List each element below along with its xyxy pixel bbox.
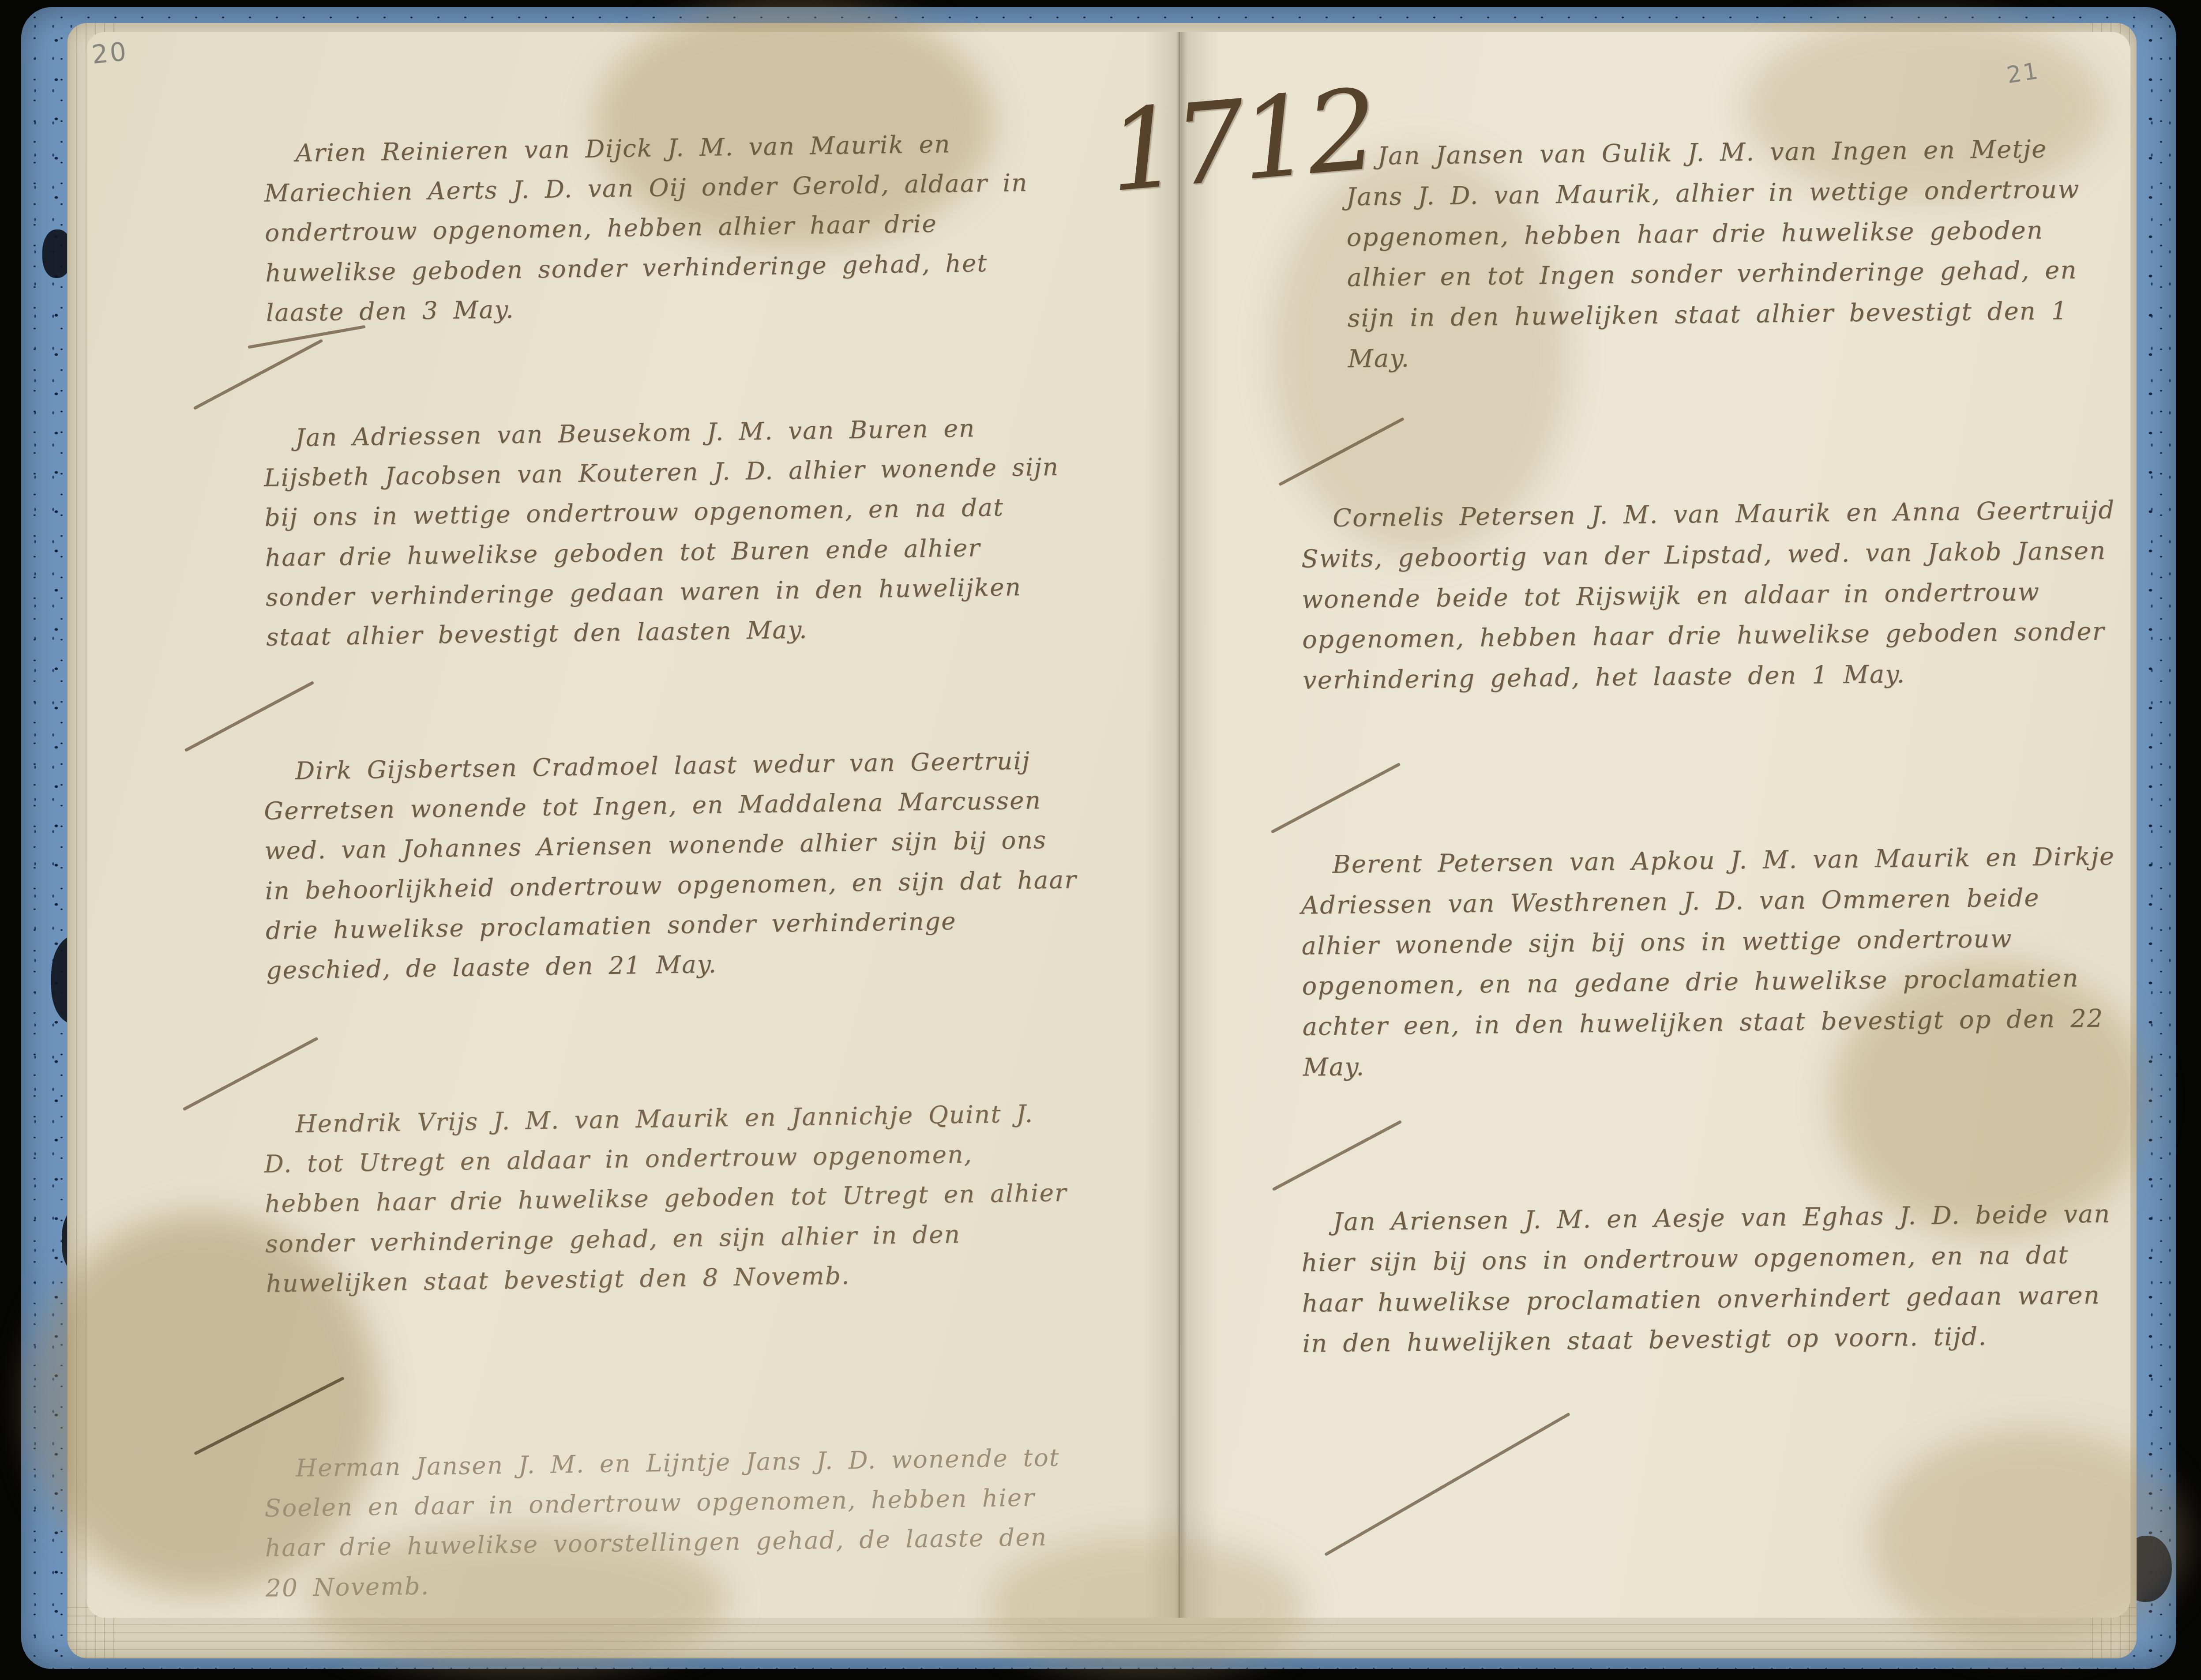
marriage-entry: Jan Jansen van Gulik J. M. van Ingen en … xyxy=(1345,128,2121,380)
marriage-entry: Hendrik Vrijs J. M. van Maurik en Jannic… xyxy=(263,1093,1078,1304)
year-heading: 1712 xyxy=(1104,76,1360,208)
gutter-fold-line xyxy=(1179,32,1180,1618)
marriage-entry: Cornelis Petersen J. M. van Maurik en An… xyxy=(1301,490,2124,701)
folio-number-left: 20 xyxy=(90,36,129,70)
marriage-entry: Jan Adriessen van Beusekom J. M. van Bur… xyxy=(263,407,1078,657)
marriage-entry: Herman Jansen J. M. en Lijntje Jans J. D… xyxy=(264,1437,1078,1608)
marriage-entry: Arien Reinieren van Dijck J. M. van Maur… xyxy=(263,122,1078,333)
manuscript-photo: 20 21 Arien Reinieren van Dijck J. M. va… xyxy=(0,0,2201,1680)
marriage-entry: Berent Petersen van Apkou J. M. van Maur… xyxy=(1300,836,2124,1088)
stain xyxy=(1871,1430,2189,1650)
marriage-entry: Jan Ariensen J. M. en Aesje van Eghas J.… xyxy=(1301,1194,2123,1364)
marriage-entry: Dirk Gijsbertsen Cradmoel laast wedur va… xyxy=(263,740,1078,990)
book-gutter xyxy=(1144,32,1219,1618)
folio-number-right: 21 xyxy=(2005,58,2042,89)
